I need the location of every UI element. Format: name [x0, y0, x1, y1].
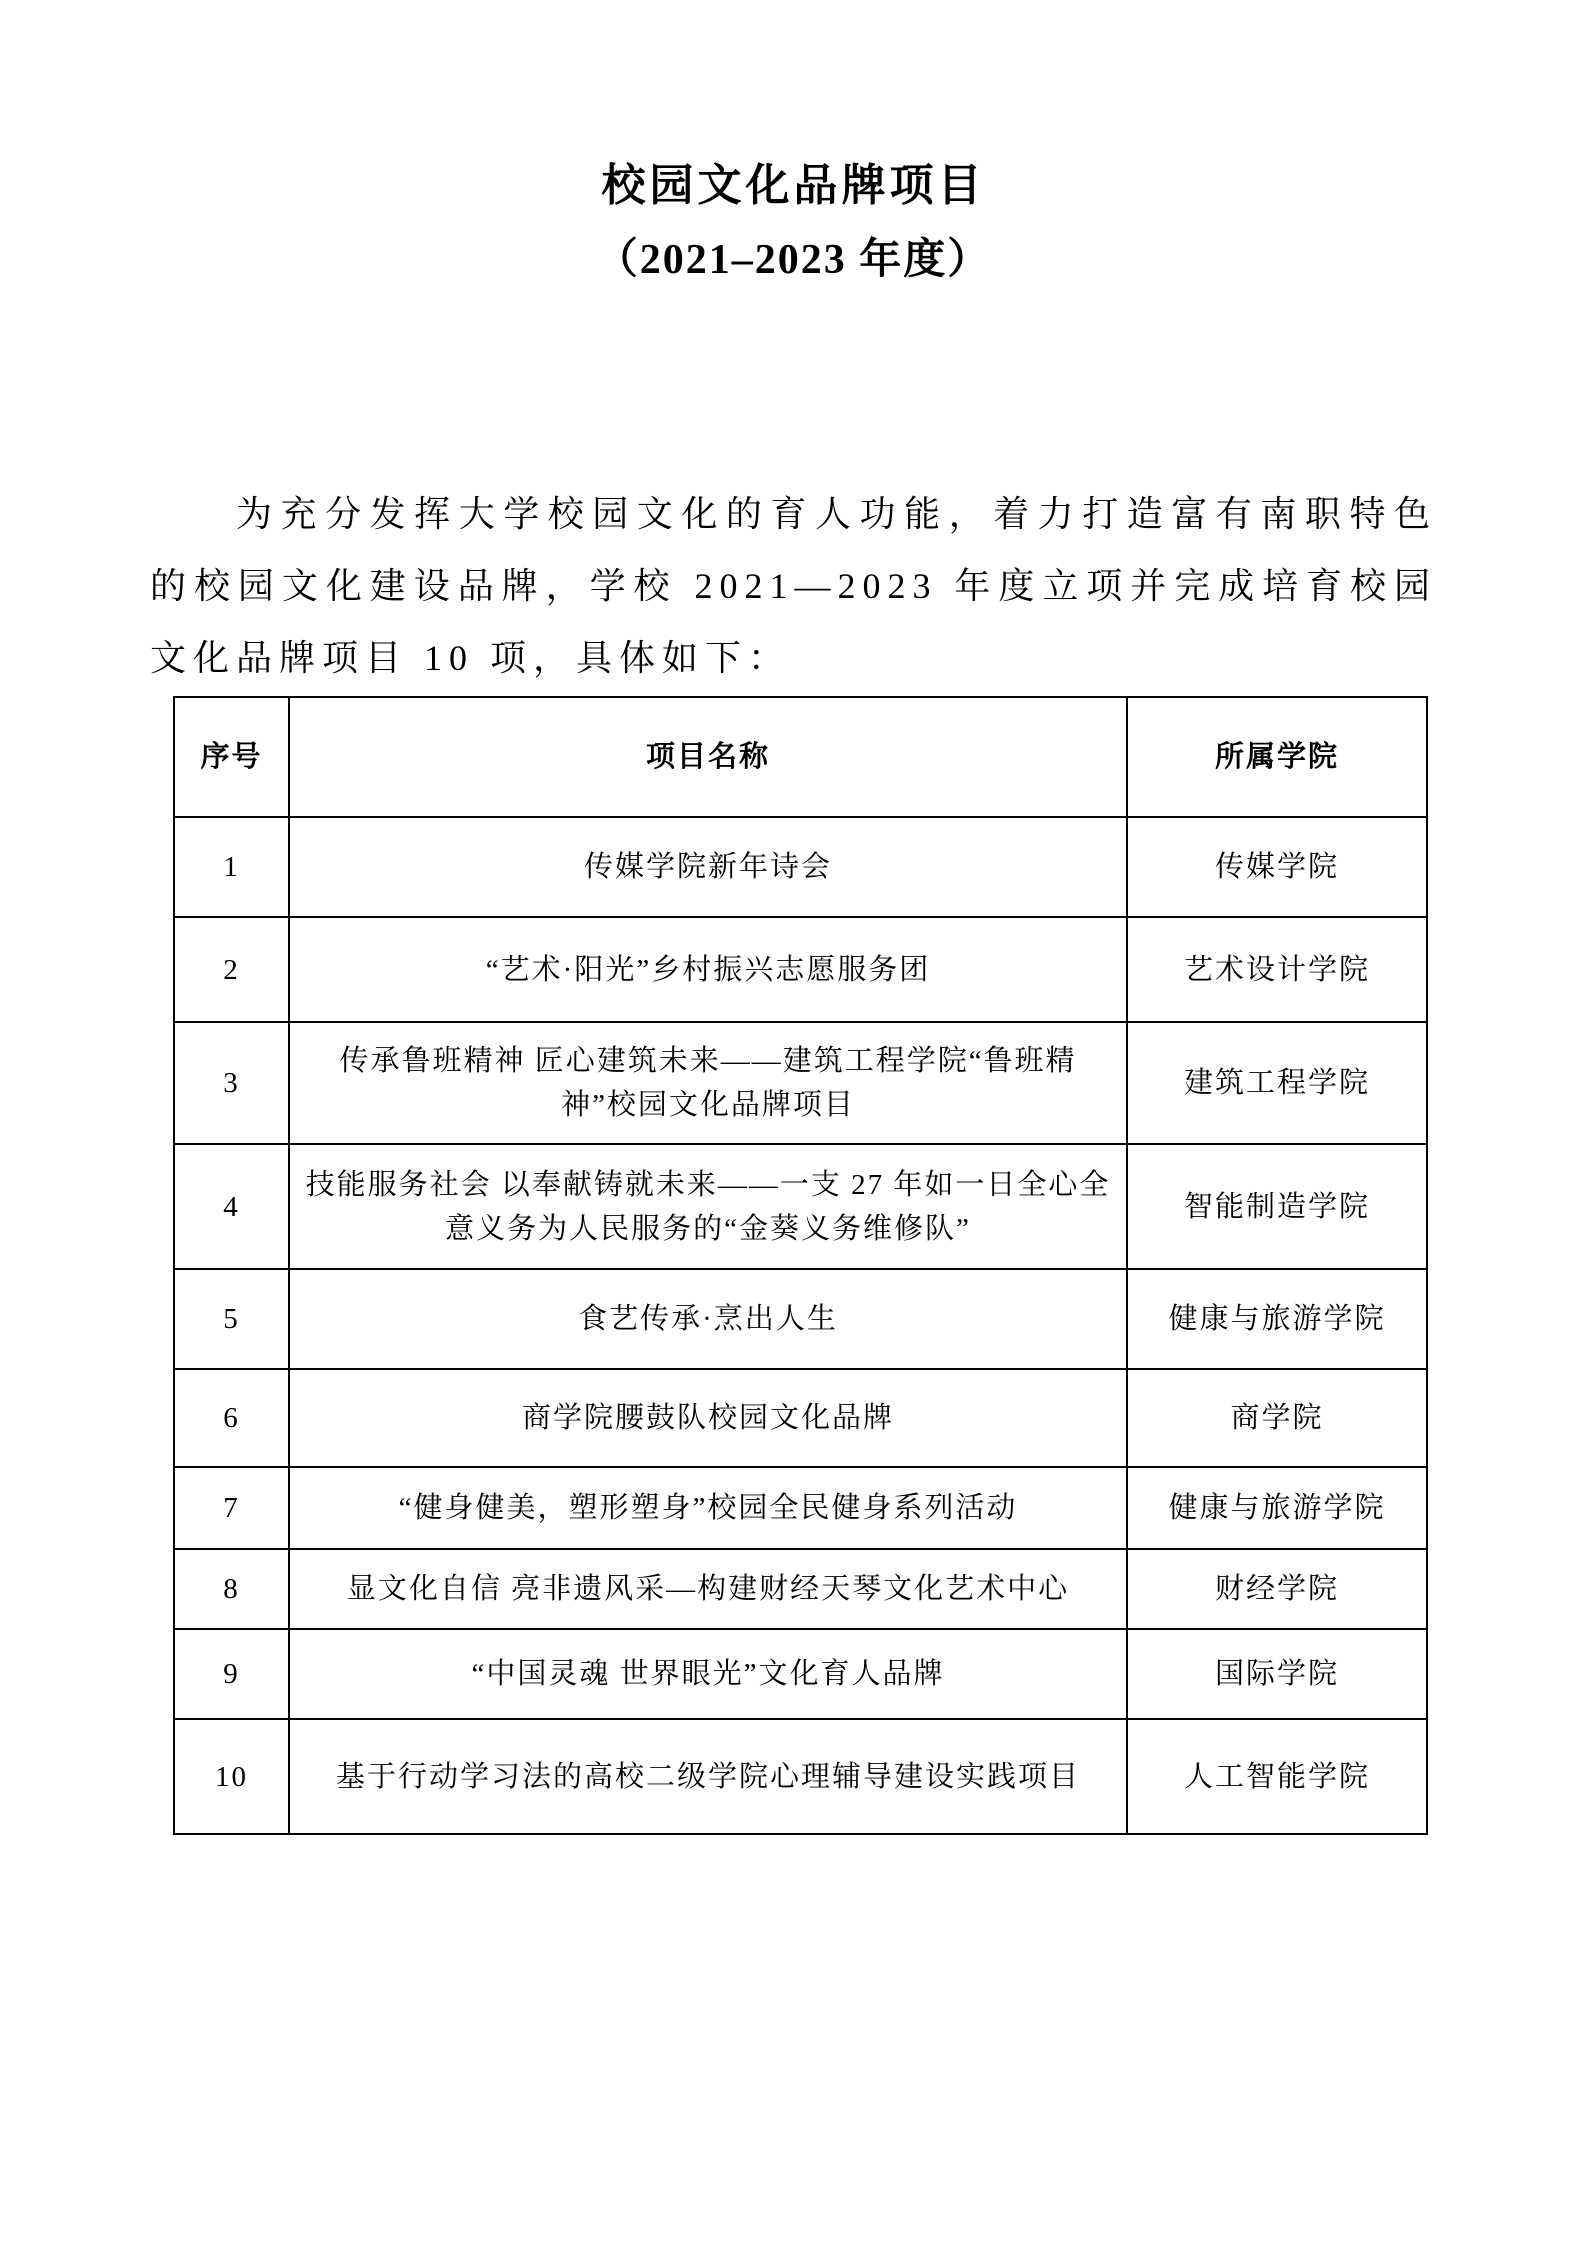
cell-num: 6: [174, 1369, 289, 1467]
cell-name: “艺术·阳光”乡村振兴志愿服务团: [289, 917, 1127, 1022]
projects-table: 序号 项目名称 所属学院 1 传媒学院新年诗会 传媒学院 2 “艺术·阳光”乡村…: [173, 696, 1428, 1835]
table-row: 4 技能服务社会 以奉献铸就未来——一支 27 年如一日全心全意义务为人民服务的…: [174, 1144, 1427, 1269]
cell-name: “健身健美，塑形塑身”校园全民健身系列活动: [289, 1467, 1127, 1549]
document-title: 校园文化品牌项目: [0, 162, 1587, 210]
cell-num: 9: [174, 1629, 289, 1719]
header-cell-name: 项目名称: [289, 697, 1127, 817]
cell-name: “中国灵魂 世界眼光”文化育人品牌: [289, 1629, 1127, 1719]
cell-num: 5: [174, 1269, 289, 1369]
header-cell-num: 序号: [174, 697, 289, 817]
cell-college: 智能制造学院: [1127, 1144, 1427, 1269]
cell-name: 传媒学院新年诗会: [289, 817, 1127, 917]
cell-num: 7: [174, 1467, 289, 1549]
table-row: 5 食艺传承·烹出人生 健康与旅游学院: [174, 1269, 1427, 1369]
cell-college: 健康与旅游学院: [1127, 1269, 1427, 1369]
cell-college: 人工智能学院: [1127, 1719, 1427, 1834]
cell-college: 艺术设计学院: [1127, 917, 1427, 1022]
table-row: 3 传承鲁班精神 匠心建筑未来——建筑工程学院“鲁班精神”校园文化品牌项目 建筑…: [174, 1022, 1427, 1144]
cell-college: 建筑工程学院: [1127, 1022, 1427, 1144]
cell-college: 健康与旅游学院: [1127, 1467, 1427, 1549]
document-subtitle: （2021–2023 年度）: [0, 236, 1587, 284]
cell-num: 4: [174, 1144, 289, 1269]
cell-num: 8: [174, 1549, 289, 1629]
table-row: 10 基于行动学习法的高校二级学院心理辅导建设实践项目 人工智能学院: [174, 1719, 1427, 1834]
table-row: 7 “健身健美，塑形塑身”校园全民健身系列活动 健康与旅游学院: [174, 1467, 1427, 1549]
cell-num: 3: [174, 1022, 289, 1144]
cell-name: 显文化自信 亮非遗风采—构建财经天琴文化艺术中心: [289, 1549, 1127, 1629]
cell-num: 2: [174, 917, 289, 1022]
document-page: 校园文化品牌项目 （2021–2023 年度） 为充分发挥大学校园文化的育人功能…: [0, 0, 1587, 2245]
cell-num: 1: [174, 817, 289, 917]
table-row: 9 “中国灵魂 世界眼光”文化育人品牌 国际学院: [174, 1629, 1427, 1719]
cell-college: 财经学院: [1127, 1549, 1427, 1629]
cell-num: 10: [174, 1719, 289, 1834]
header-cell-college: 所属学院: [1127, 697, 1427, 817]
intro-paragraph: 为充分发挥大学校园文化的育人功能，着力打造富有南职特色的校园文化建设品牌，学校 …: [150, 478, 1437, 694]
table-row: 8 显文化自信 亮非遗风采—构建财经天琴文化艺术中心 财经学院: [174, 1549, 1427, 1629]
table-row: 1 传媒学院新年诗会 传媒学院: [174, 817, 1427, 917]
table-header-row: 序号 项目名称 所属学院: [174, 697, 1427, 817]
table-row: 2 “艺术·阳光”乡村振兴志愿服务团 艺术设计学院: [174, 917, 1427, 1022]
cell-name: 技能服务社会 以奉献铸就未来——一支 27 年如一日全心全意义务为人民服务的“金…: [289, 1144, 1127, 1269]
table-row: 6 商学院腰鼓队校园文化品牌 商学院: [174, 1369, 1427, 1467]
cell-name: 商学院腰鼓队校园文化品牌: [289, 1369, 1127, 1467]
cell-name: 基于行动学习法的高校二级学院心理辅导建设实践项目: [289, 1719, 1127, 1834]
cell-college: 传媒学院: [1127, 817, 1427, 917]
cell-college: 商学院: [1127, 1369, 1427, 1467]
cell-college: 国际学院: [1127, 1629, 1427, 1719]
cell-name: 传承鲁班精神 匠心建筑未来——建筑工程学院“鲁班精神”校园文化品牌项目: [289, 1022, 1127, 1144]
cell-name: 食艺传承·烹出人生: [289, 1269, 1127, 1369]
